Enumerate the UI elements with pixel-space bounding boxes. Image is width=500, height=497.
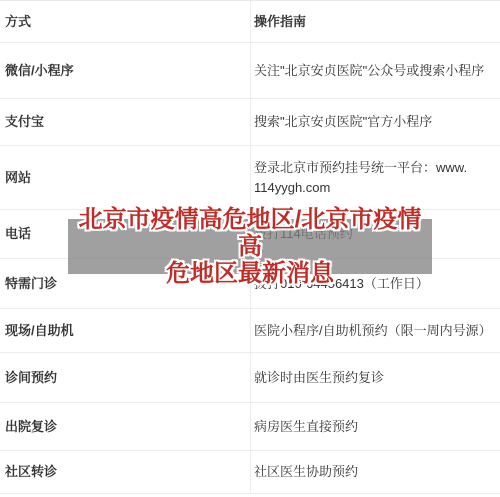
row-label-wechat: 微信/小程序 — [0, 43, 250, 98]
booking-methods-table: 方式 操作指南 微信/小程序 关注"北京安贞医院"公众号或搜索小程序 支付宝 搜… — [0, 0, 500, 497]
row-label-alipay: 支付宝 — [0, 99, 250, 145]
row-guide-community-referral: 社区医生协助预约 — [250, 451, 500, 493]
column-header-method: 方式 — [0, 1, 250, 42]
table-row: 网站 登录北京市预约挂号统一平台：www. 114yygh.com — [0, 146, 500, 210]
table-row: 现场/自助机 医院小程序/自助机预约（限一周内号源） — [0, 309, 500, 353]
row-label-onsite-kiosk: 现场/自助机 — [0, 309, 250, 352]
table-row: 支付宝 搜索"北京安贞医院"官方小程序 — [0, 99, 500, 146]
watermark-text: 北京市疫情高危地区/北京市疫情高 危地区最新消息 — [68, 206, 432, 287]
row-guide-wechat: 关注"北京安贞医院"公众号或搜索小程序 — [250, 43, 500, 98]
row-label-website: 网站 — [0, 146, 250, 209]
row-label-community-referral: 社区转诊 — [0, 451, 250, 493]
table-row: 诊间预约 就诊时由医生预约复诊 — [0, 353, 500, 403]
row-guide-onsite-kiosk: 医院小程序/自助机预约（限一周内号源） — [250, 309, 500, 352]
table-row: 微信/小程序 关注"北京安贞医院"公众号或搜索小程序 — [0, 43, 500, 99]
table-row: 出院复诊 病房医生直接预约 — [0, 403, 500, 451]
column-header-guide: 操作指南 — [250, 1, 500, 42]
table-header-row: 方式 操作指南 — [0, 1, 500, 43]
watermark-overlay[interactable]: 北京市疫情高危地区/北京市疫情高 危地区最新消息 — [68, 219, 432, 274]
row-guide-alipay: 搜索"北京安贞医院"官方小程序 — [250, 99, 500, 145]
row-label-in-visit: 诊间预约 — [0, 353, 250, 402]
row-label-discharge-followup: 出院复诊 — [0, 403, 250, 450]
row-guide-in-visit: 就诊时由医生预约复诊 — [250, 353, 500, 402]
row-guide-discharge-followup: 病房医生直接预约 — [250, 403, 500, 450]
table-row: 社区转诊 社区医生协助预约 — [0, 451, 500, 494]
row-guide-website: 登录北京市预约挂号统一平台：www. 114yygh.com — [250, 146, 500, 209]
